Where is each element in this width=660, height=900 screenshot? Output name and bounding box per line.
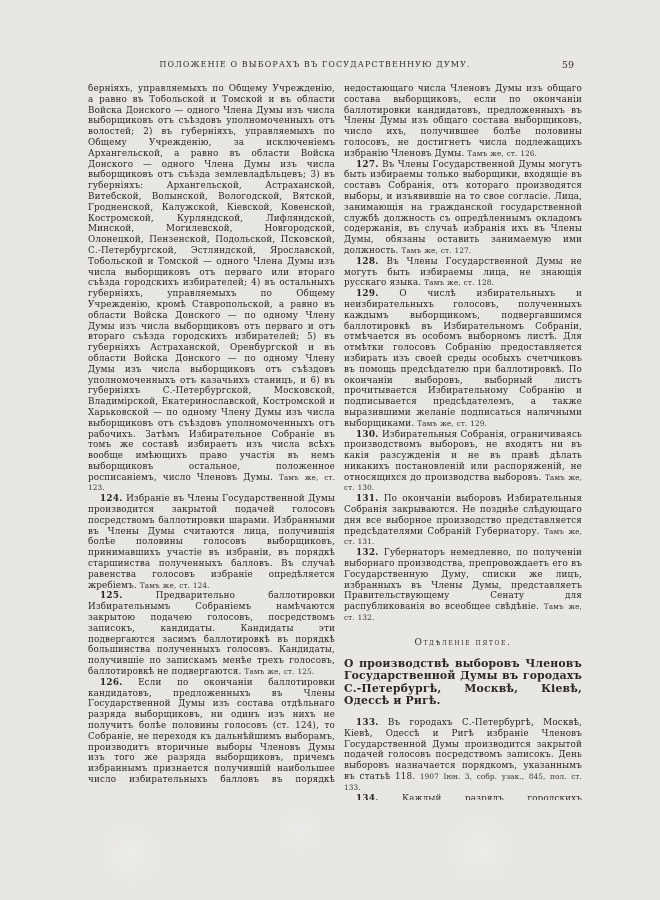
page-number: 59 bbox=[562, 60, 574, 71]
article-number: 133. bbox=[356, 718, 379, 728]
article-paragraph: 128. Въ Члены Государственной Думы не мо… bbox=[344, 257, 582, 289]
article-number: 134. bbox=[356, 794, 379, 800]
article-paragraph: 124. Избраніе въ Члены Государственной Д… bbox=[88, 494, 335, 591]
article-number: 126. bbox=[100, 678, 123, 688]
article-number: 128. bbox=[356, 257, 379, 267]
left-column: берніяхъ, управляемыхъ по Общему Учрежде… bbox=[88, 84, 335, 784]
paragraph-text: недостающаго числа Членовъ Думы изъ обща… bbox=[344, 84, 582, 159]
paragraph-text: Избраніе въ Члены Государственной Думы п… bbox=[88, 494, 335, 590]
source-citation: Тамъ же, ст. 126. bbox=[467, 149, 537, 158]
article-number: 124. bbox=[100, 494, 123, 504]
article-number: 131. bbox=[356, 494, 379, 504]
source-citation: Тамъ же, ст. 125. bbox=[244, 667, 314, 676]
source-citation: Тамъ же, ст. 124. bbox=[140, 581, 210, 590]
article-paragraph: 127. Въ Члены Государственной Думы могут… bbox=[344, 160, 582, 257]
continuation-paragraph: берніяхъ, управляемыхъ по Общему Учрежде… bbox=[88, 84, 335, 494]
article-paragraph: 125. Предварительно баллотировки Избират… bbox=[88, 591, 335, 677]
paragraph-text: О числѣ избирательныхъ и неизбирательных… bbox=[344, 289, 582, 429]
article-paragraph: 132. Губернаторъ немедленно, по получені… bbox=[344, 548, 582, 624]
subject-heading: О производствѣ выборовъ Членовъ Государс… bbox=[344, 658, 582, 708]
article-number: 132. bbox=[356, 548, 379, 558]
article-number: 130. bbox=[356, 430, 379, 440]
section-heading: Отдѣленіе пятое. bbox=[344, 638, 582, 649]
article-number: 125. bbox=[100, 591, 123, 601]
source-citation: Тамъ же, ст. 129. bbox=[417, 419, 487, 428]
paragraph-text: Въ Члены Государственной Думы могутъ быт… bbox=[344, 160, 582, 256]
article-paragraph: 133. Въ городахъ С.-Петербургѣ, Москвѣ, … bbox=[344, 718, 582, 794]
article-number: 129. bbox=[356, 289, 379, 299]
text-columns: берніяхъ, управляемыхъ по Общему Учрежде… bbox=[88, 84, 582, 800]
article-paragraph: 131. По окончаніи выборовъ Избирательныя… bbox=[344, 494, 582, 548]
right-column: недостающаго числа Членовъ Думы изъ обща… bbox=[344, 84, 582, 800]
source-citation: Тамъ же, ст. 127. bbox=[401, 246, 471, 255]
article-paragraph: 134. Каждый разрядъ городскихъ избирател… bbox=[344, 794, 582, 800]
running-head: ПОЛОЖЕНІЕ О ВЫБОРАХЪ ВЪ ГОСУДАРСТВЕННУЮ … bbox=[88, 60, 582, 74]
article-number: 127. bbox=[356, 160, 379, 170]
source-citation: Тамъ же, ст. 128. bbox=[424, 278, 494, 287]
continuation-paragraph: недостающаго числа Членовъ Думы изъ обща… bbox=[344, 84, 582, 160]
paragraph-text: Каждый разрядъ городскихъ избирателей (с… bbox=[344, 794, 582, 800]
paragraph-text: Если по окончаніи баллотировки кандидато… bbox=[88, 678, 335, 784]
article-paragraph: 126. Если по окончаніи баллотировки канд… bbox=[88, 678, 335, 784]
article-paragraph: 129. О числѣ избирательныхъ и неизбирате… bbox=[344, 289, 582, 429]
article-paragraph: 130. Избирательныя Собранія, ограничивая… bbox=[344, 430, 582, 495]
paragraph-text: берніяхъ, управляемыхъ по Общему Учрежде… bbox=[88, 84, 335, 483]
page-title: ПОЛОЖЕНІЕ О ВЫБОРАХЪ ВЪ ГОСУДАРСТВЕННУЮ … bbox=[88, 60, 542, 69]
scanned-document-page: ПОЛОЖЕНІЕ О ВЫБОРАХЪ ВЪ ГОСУДАРСТВЕННУЮ … bbox=[0, 0, 660, 900]
paragraph-text: Предварительно баллотировки Избирательны… bbox=[88, 591, 335, 677]
